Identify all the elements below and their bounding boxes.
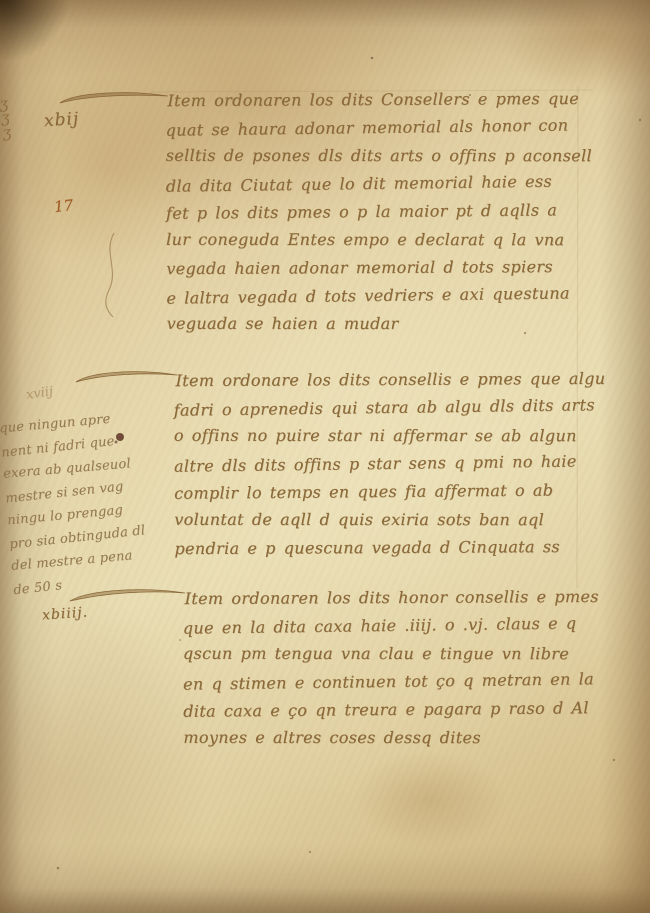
manuscript-line: que en la dita caxa haie .iiij. o .vj. c… bbox=[183, 609, 593, 642]
edge-pen-squiggle: ʒʒʒ bbox=[0, 95, 18, 139]
speck bbox=[57, 867, 60, 870]
manuscript-line: e laltra vegada d tots vedriers e axi qu… bbox=[166, 279, 582, 312]
speck bbox=[371, 57, 374, 60]
margin-brace bbox=[106, 233, 114, 317]
item-flourish-2 bbox=[76, 372, 177, 382]
manuscript-line: vegada haien adonar memorial d tots spie… bbox=[166, 253, 582, 283]
manuscript-page: ʒʒʒ xbij 17 xviij xbiiij. que ningun apr… bbox=[0, 0, 650, 913]
speck bbox=[639, 119, 641, 121]
ordinance-paragraph-2: Item ordonare los dits consellis e pmes … bbox=[173, 365, 596, 563]
margin-numeral-17: 17 bbox=[53, 196, 74, 216]
manuscript-line: Item ordonaren los dits Consellers e pme… bbox=[165, 85, 581, 115]
manuscript-line: en q stimen e continuen tot ço q metran … bbox=[183, 665, 593, 698]
manuscript-line: voluntat de aqll d quis exiria sots ban … bbox=[174, 506, 596, 534]
manuscript-line: selltis de psones dls dits arts o offins… bbox=[166, 142, 582, 170]
manuscript-line: Item ordonare los dits consellis e pmes … bbox=[173, 365, 595, 395]
manuscript-line: pendria e p quescuna vegada d Cinquata s… bbox=[174, 533, 596, 563]
item-flourish-1 bbox=[60, 93, 168, 103]
manuscript-line: veguada se haien a mudar bbox=[167, 310, 583, 338]
ordinance-paragraph-3: Item ordonaren los dits honor consellis … bbox=[183, 583, 594, 753]
manuscript-line: dla dita Ciutat que lo dit memorial haie… bbox=[166, 167, 582, 200]
manuscript-line: fet p los dits pmes o p la maior pt d aq… bbox=[166, 196, 582, 228]
manuscript-line: quat se haura adonar memorial als honor … bbox=[165, 111, 581, 144]
manuscript-line: moynes e altres coses dessq dites bbox=[183, 724, 593, 752]
manuscript-line: complir lo temps en ques fia affermat o … bbox=[174, 476, 596, 508]
manuscript-line: o offins no puire star ni affermar se ab… bbox=[174, 422, 596, 450]
margin-numeral-xviiij: xbiiij. bbox=[41, 604, 88, 623]
manuscript-line: Item ordonaren los dits honor consellis … bbox=[183, 583, 593, 613]
manuscript-line: qscun pm tengua vna clau e tingue vn lib… bbox=[183, 640, 593, 668]
manuscript-line: lur coneguda Entes empo e declarat q la … bbox=[166, 226, 582, 254]
ordinance-paragraph-1: Item ordonaren los dits Consellers e pme… bbox=[165, 85, 582, 339]
speck bbox=[613, 759, 615, 761]
manuscript-line: dita caxa e ço qn treura e pagara p raso… bbox=[183, 694, 593, 726]
margin-numeral-xviij-faint: xviij bbox=[25, 384, 54, 403]
margin-annotation: que ningun apre nent ni fadri que exera … bbox=[0, 403, 178, 601]
speck bbox=[309, 851, 311, 853]
manuscript-line: fadri o aprenedis qui stara ab algu dls … bbox=[174, 391, 596, 425]
margin-numeral-xvij: xbij bbox=[43, 109, 79, 131]
speck bbox=[179, 639, 181, 641]
